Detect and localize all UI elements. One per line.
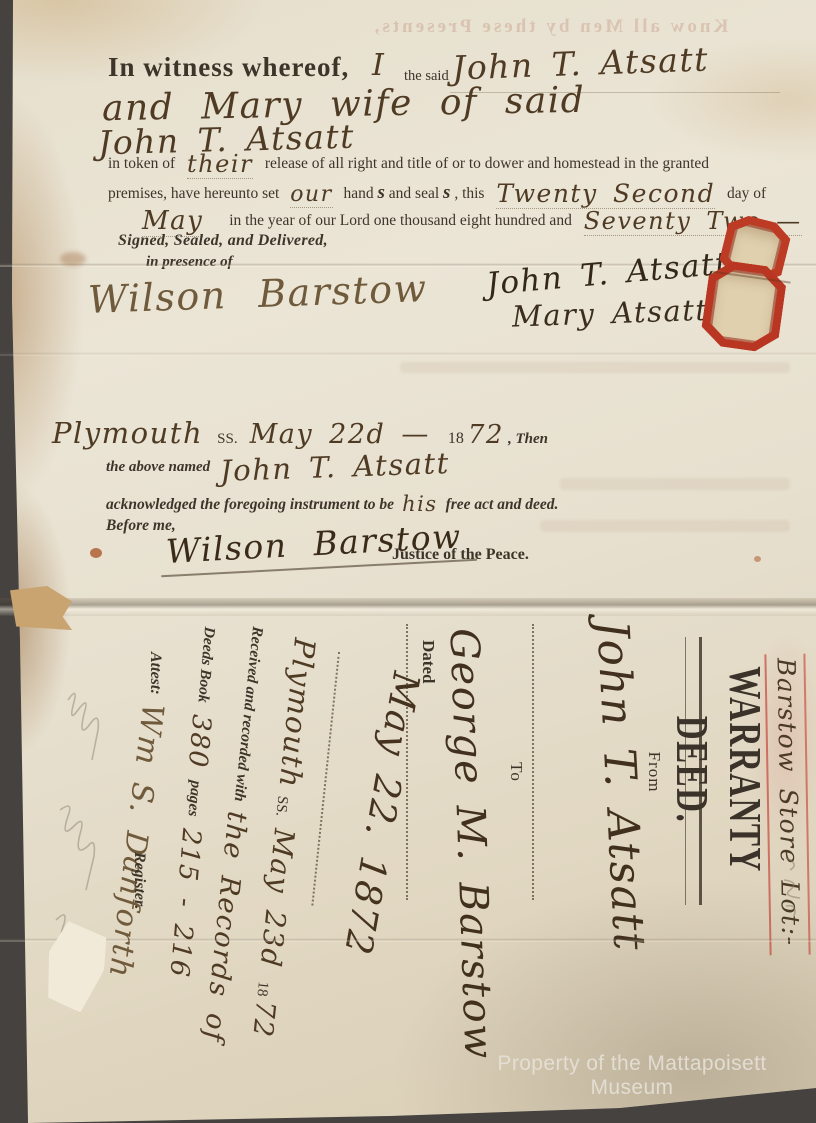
fold-crease [0, 352, 816, 356]
ack-text-b: free act and deed. [446, 496, 559, 513]
docket-title-wrap: WARRANTY DEED. [666, 617, 772, 922]
printed-text: premises, have hereunto set [108, 185, 279, 202]
docket-county: Plymouth [272, 636, 322, 790]
plural-s: s [443, 182, 450, 203]
acknowledgment-venue-line: Plymouth SS. May 22d — 18 72 , Then [52, 416, 548, 450]
ss-label: SS. [217, 431, 237, 447]
docket-to-label: To [506, 622, 526, 922]
then-label: , Then [508, 431, 548, 447]
docket-date: May 22. 1872 [336, 669, 428, 959]
printed-text: in the year of our Lord one thousand eig… [229, 212, 572, 229]
bleedthrough-line [560, 478, 790, 490]
museum-watermark: Property of the Mattapoisett Museum [462, 1052, 802, 1100]
deeds-book-label: Deeds Book [194, 626, 218, 703]
page-numbers: 215 - 216 [163, 827, 206, 979]
release-clause-line-2: premises, have hereunto set our hand s a… [108, 179, 766, 208]
docket-grantee-name: George M. Barstow [440, 627, 501, 1060]
bleedthrough-line [540, 520, 790, 532]
handwritten-county: Plymouth [52, 416, 203, 450]
justice-title-label: Justice of the Peace. [392, 546, 529, 564]
handwritten-ack-date: May 22d — [250, 419, 430, 450]
rust-stain [754, 556, 761, 562]
printed-text: day of [727, 185, 766, 202]
wax-seal [697, 213, 803, 356]
received-recorded-label: Received and recorded with [231, 626, 266, 803]
year-prefix: 18 [448, 430, 464, 447]
above-named-line: the above named John T. Atsatt [106, 450, 450, 484]
pencil-mark [778, 850, 812, 920]
pages-label: pages [184, 780, 204, 818]
docket-recorded-year: 72 [246, 999, 281, 1039]
plural-s: s [378, 182, 385, 203]
docket-rule [700, 637, 703, 905]
printed-text: hand [344, 185, 374, 202]
docket-title: WARRANTY DEED. [666, 660, 772, 880]
release-clause-line-1: in token of their release of all right a… [108, 150, 709, 178]
printed-text: release of all right and title of or to … [265, 155, 709, 172]
bleedthrough-line [400, 362, 790, 373]
docket-panel: Barstow Store Lot:- WARRANTY DEED. From … [105, 612, 816, 1123]
handwritten-our: our [290, 182, 332, 208]
handwritten-named: John T. Atsatt [220, 446, 451, 488]
bleedthrough-text: Know all Men by these Presents, [290, 16, 810, 38]
scanned-deed-page: Know all Men by these Presents, In witne… [0, 0, 816, 1123]
docket-records-of: the Records of [197, 810, 252, 1044]
above-named-label: the above named [106, 459, 210, 475]
handwritten-his: his [402, 492, 438, 516]
spouse-signature: Mary Atsatt. [511, 292, 719, 333]
ack-text-a: acknowledged the foregoing instrument to… [106, 496, 394, 513]
acknowledged-line: acknowledged the foregoing instrument to… [106, 492, 558, 516]
docket-recorded-date: May 23d [254, 827, 301, 970]
book-number: 380 [182, 713, 217, 770]
printed-text: and seal [389, 185, 439, 202]
handwritten-day: Twenty Second [496, 179, 715, 209]
printed-text: , this [454, 185, 484, 202]
docket-rule [685, 637, 686, 905]
docket-dotted-rule [532, 624, 534, 900]
stain [60, 252, 86, 266]
handwritten-ack-year: 72 [468, 420, 504, 450]
witness-clause-heading: In witness whereof, [108, 52, 349, 83]
docket-year-prefix: 18 [253, 981, 270, 998]
printed-text: in token of [108, 155, 175, 172]
docket-ss-label: SS. [272, 795, 290, 817]
signed-sealed-label: Signed, Sealed, and Delivered, [118, 232, 328, 250]
handwritten-pronoun: I [372, 48, 385, 83]
rust-stain [90, 548, 102, 558]
handwritten-their: their [187, 150, 253, 179]
